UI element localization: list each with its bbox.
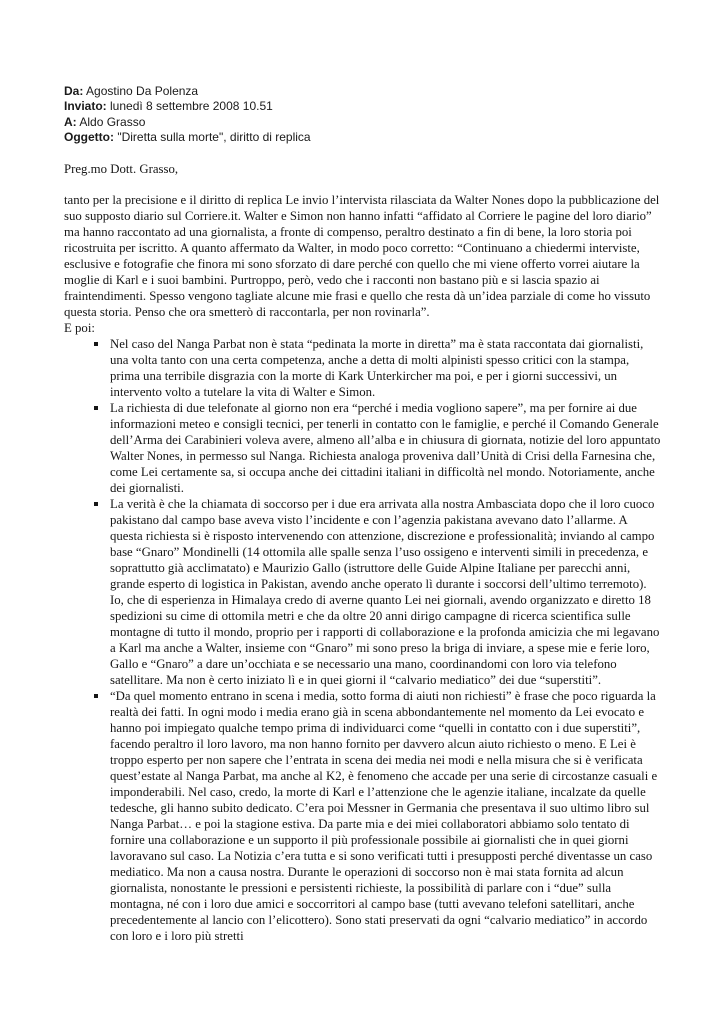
header-to-line: A: Aldo Grasso bbox=[64, 115, 662, 130]
bullet-square-icon bbox=[93, 336, 110, 352]
list-item: Nel caso del Nanga Parbat non è stata “p… bbox=[64, 336, 662, 400]
bullet-text: Nel caso del Nanga Parbat non è stata “p… bbox=[110, 336, 662, 400]
list-item: “Da quel momento entrano in scena i medi… bbox=[64, 688, 662, 944]
from-value: Agostino Da Polenza bbox=[86, 84, 198, 98]
sent-label: Inviato: bbox=[64, 99, 107, 113]
bullet-square-icon bbox=[93, 688, 110, 704]
bullet-text: La richiesta di due telefonate al giorno… bbox=[110, 400, 662, 496]
header-sent-line: Inviato: lunedì 8 settembre 2008 10.51 bbox=[64, 99, 662, 114]
subject-label: Oggetto: bbox=[64, 130, 114, 144]
salutation: Preg.mo Dott. Grasso, bbox=[64, 161, 662, 177]
email-header: Da: Agostino Da Polenza Inviato: lunedì … bbox=[64, 84, 662, 146]
to-value: Aldo Grasso bbox=[79, 115, 145, 129]
list-item: La verità è che la chiamata di soccorso … bbox=[64, 496, 662, 688]
to-label: A: bbox=[64, 115, 77, 129]
list-intro: E poi: bbox=[64, 320, 662, 336]
bullet-list: Nel caso del Nanga Parbat non è stata “p… bbox=[64, 336, 662, 944]
sent-value: lunedì 8 settembre 2008 10.51 bbox=[110, 99, 273, 113]
bullet-square-icon bbox=[93, 496, 110, 512]
from-label: Da: bbox=[64, 84, 83, 98]
bullet-text: La verità è che la chiamata di soccorso … bbox=[110, 496, 662, 688]
document-page: Da: Agostino Da Polenza Inviato: lunedì … bbox=[0, 0, 724, 1024]
bullet-square-icon bbox=[93, 400, 110, 416]
header-subject-line: Oggetto: "Diretta sulla morte", diritto … bbox=[64, 130, 662, 145]
intro-paragraph: tanto per la precisione e il diritto di … bbox=[64, 192, 662, 320]
header-from-line: Da: Agostino Da Polenza bbox=[64, 84, 662, 99]
bullet-text: “Da quel momento entrano in scena i medi… bbox=[110, 688, 662, 944]
list-item: La richiesta di due telefonate al giorno… bbox=[64, 400, 662, 496]
subject-value: "Diretta sulla morte", diritto di replic… bbox=[117, 130, 310, 144]
